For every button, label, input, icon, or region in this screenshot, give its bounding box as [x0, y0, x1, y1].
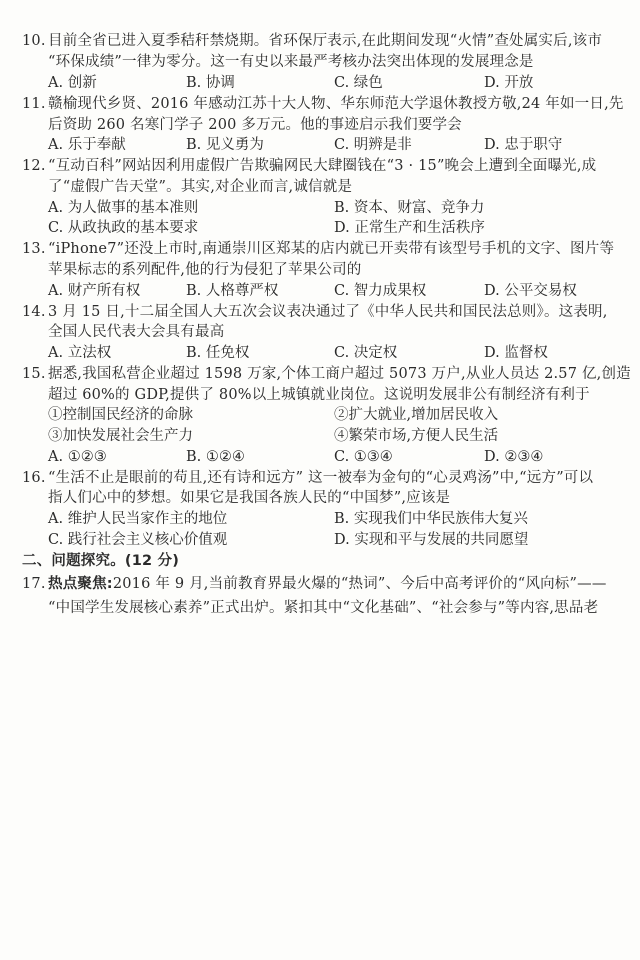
question-text-rest: 2016 年 9 月,当前教育界最火爆的“热词”、今后中高考评价的“风向标”——: [113, 576, 607, 592]
option-b: B. 协调: [186, 73, 235, 93]
option-d: D. 正常生产和生活秩序: [334, 218, 485, 238]
question-number: 13.: [22, 239, 46, 259]
question-text: 3 月 15 日,十二届全国人大五次会议表决通过了《中华人民共和国民法总则》。这…: [48, 302, 608, 322]
option-d: D. ②③④: [484, 447, 543, 467]
option-a: A. 为人做事的基本准则: [48, 198, 198, 218]
option-d: D. 忠于职守: [484, 135, 562, 155]
question-text: 目前全省已进入夏季秸秆禁烧期。省环保厅表示,在此期间发现“火情”查处属实后,该市: [48, 31, 602, 51]
option-b: B. 资本、财富、竞争力: [334, 198, 484, 218]
question-text: 全国人民代表大会具有最高: [48, 322, 224, 342]
question-number: 16.: [22, 468, 46, 488]
question-text: “中国学生发展核心素养”正式出炉。紧扣其中“文化基础”、“社会参与”等内容,思品…: [48, 598, 598, 618]
question-text: “环保成绩”一律为零分。这一有史以来最严考核办法突出体现的发展理念是: [48, 52, 534, 72]
question-text: 指人们心中的梦想。如果它是我国各族人民的“中国梦”,应该是: [48, 488, 450, 508]
question-text: 热点聚焦:2016 年 9 月,当前教育界最火爆的“热词”、今后中高考评价的“风…: [48, 574, 607, 594]
option-c: C. 从政执政的基本要求: [48, 218, 198, 238]
question-text: 后资助 260 名寒门学子 200 多万元。他的事迹启示我们要学会: [48, 115, 462, 135]
option-a: A. 财产所有权: [48, 281, 140, 301]
question-number: 12.: [22, 156, 46, 176]
option-a: A. 乐于奉献: [48, 135, 126, 155]
question-text: 了“虚假广告天堂”。其实,对企业而言,诚信就是: [48, 177, 352, 197]
option-c: C. 践行社会主义核心价值观: [48, 530, 227, 550]
question-text: 赣榆现代乡贤、2016 年感动江苏十大人物、华东师范大学退休教授方敬,24 年如…: [48, 94, 624, 114]
question-number: 15.: [22, 364, 46, 384]
option-a: A. 维护人民当家作主的地位: [48, 509, 227, 529]
question-text: “互动百科”网站因利用虚假广告欺骗网民大肆圈钱在“3 · 15”晚会上遭到全面曝…: [48, 156, 596, 176]
question-text: 超过 60%的 GDP,提供了 80%以上城镇就业岗位。这说明发展非公有制经济有…: [48, 385, 590, 405]
option-c: C. 绿色: [334, 73, 383, 93]
option-b: B. 任免权: [186, 343, 249, 363]
question-text: “iPhone7”还没上市时,南通崇川区郑某的店内就已开卖带有该型号手机的文字、…: [48, 239, 614, 259]
option-c: C. 智力成果权: [334, 281, 426, 301]
question-text: 苹果标志的系列配件,他的行为侵犯了苹果公司的: [48, 260, 362, 280]
option-c: C. 决定权: [334, 343, 397, 363]
option-b: B. 实现我们中华民族伟大复兴: [334, 509, 528, 529]
hot-topic-label: 热点聚焦:: [48, 576, 113, 592]
question-number: 14.: [22, 302, 46, 322]
exam-page: 10. 目前全省已进入夏季秸秆禁烧期。省环保厅表示,在此期间发现“火情”查处属实…: [0, 0, 640, 960]
statement-4: ④繁荣市场,方便人民生活: [334, 426, 498, 446]
statement-1: ①控制国民经济的命脉: [48, 405, 193, 425]
option-b: B. 人格尊严权: [186, 281, 278, 301]
option-c: C. 明辨是非: [334, 135, 412, 155]
option-d: D. 实现和平与发展的共同愿望: [334, 530, 528, 550]
option-a: A. ①②③: [48, 447, 107, 467]
question-number: 10.: [22, 31, 46, 51]
statement-2: ②扩大就业,增加居民收入: [334, 405, 498, 425]
section-heading: 二、问题探究。(12 分): [22, 551, 179, 571]
option-a: A. 立法权: [48, 343, 111, 363]
option-a: A. 创新: [48, 73, 97, 93]
question-text: 据悉,我国私营企业超过 1598 万家,个体工商户超过 5073 万户,从业人员…: [48, 364, 631, 384]
question-number: 17.: [22, 574, 46, 594]
option-b: B. ①②④: [186, 447, 245, 467]
option-c: C. ①③④: [334, 447, 393, 467]
option-d: D. 公平交易权: [484, 281, 577, 301]
question-number: 11.: [22, 94, 46, 114]
option-b: B. 见义勇为: [186, 135, 264, 155]
question-text: “生活不止是眼前的苟且,还有诗和远方” 这一被奉为金句的“心灵鸡汤”中,“远方”…: [48, 468, 593, 488]
option-d: D. 开放: [484, 73, 533, 93]
statement-3: ③加快发展社会生产力: [48, 426, 193, 446]
option-d: D. 监督权: [484, 343, 548, 363]
